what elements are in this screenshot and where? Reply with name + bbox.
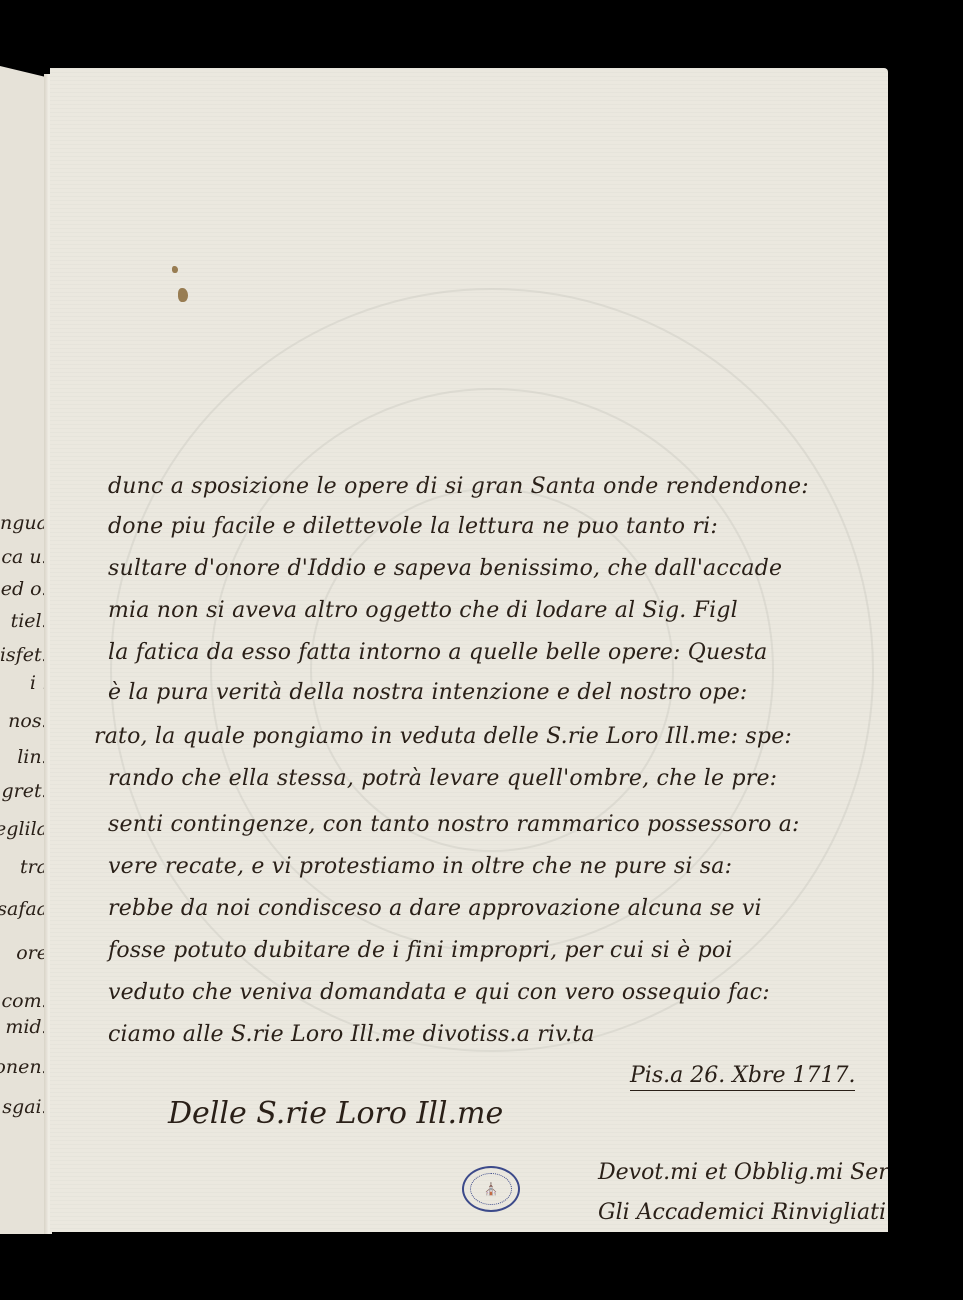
left-page-fragment: nos: — [8, 710, 48, 732]
date-line: Pis.a 26. Xbre 1717. — [630, 1063, 855, 1091]
left-page-fragment: safaa — [0, 898, 48, 920]
right-page: dunc a sposizione le opere di si gran Sa… — [50, 68, 888, 1232]
letter-line: veduto che veniva domandata e qui con ve… — [108, 980, 770, 1005]
left-page-fragment: ca u: — [1, 546, 48, 568]
left-page-fragment: sp onen: — [0, 1056, 48, 1078]
ink-spot — [172, 266, 178, 273]
letter-line: è la pura verità della nostra intenzione… — [108, 680, 748, 705]
letter-line: rato, la quale pongiamo in veduta delle … — [94, 724, 792, 749]
ink-spot — [178, 288, 188, 302]
watermark-circle — [310, 488, 674, 852]
letter-line: done piu facile e dilettevole la lettura… — [108, 514, 718, 539]
left-page-fragment: sgai: — [2, 1096, 48, 1118]
letter-line: rebbe da noi condisceso a dare approvazi… — [108, 896, 762, 921]
left-page-fragment: tiel: — [11, 610, 48, 632]
letter-line: fosse potuto dubitare de i fini impropri… — [108, 938, 733, 963]
letter-line: ciamo alle S.rie Loro Ill.me divotiss.a … — [108, 1022, 595, 1047]
stamp-building-icon: ⛪ — [470, 1173, 512, 1205]
closing-salutation: Delle S.rie Loro Ill.me — [168, 1096, 503, 1131]
library-stamp: ⛪ — [462, 1166, 520, 1212]
left-page-fragment: gret: — [1, 780, 48, 802]
letter-line: senti contingenze, con tanto nostro ramm… — [108, 812, 800, 837]
left-page-fragment: lingua — [0, 512, 48, 534]
letter-line: mia non si aveva altro oggetto che di lo… — [108, 598, 738, 623]
left-page-fragment: mid: — [5, 1016, 48, 1038]
signature-line-2: Gli Accademici Rinvigliati — [598, 1200, 886, 1225]
left-page-fragment: isfet: — [0, 644, 48, 666]
left-page-fragment: eglila — [0, 818, 48, 840]
letter-line: sultare d'onore d'Iddio e sapeva benissi… — [108, 556, 782, 581]
left-page-fragment: ed o: — [1, 578, 48, 600]
left-page: lingua ca u: ed o: tiel: isfet: i . nos:… — [0, 66, 50, 1234]
letter-line: vere recate, e vi protestiamo in oltre c… — [108, 854, 732, 879]
letter-line: rando che ella stessa, potrà levare quel… — [108, 766, 777, 791]
letter-line: dunc a sposizione le opere di si gran Sa… — [108, 474, 809, 499]
letter-line: la fatica da esso fatta intorno a quelle… — [108, 640, 767, 665]
signature-line-1: Devot.mi et Obblig.mi Servid. — [598, 1160, 888, 1185]
left-page-fragment: com: — [2, 990, 49, 1012]
